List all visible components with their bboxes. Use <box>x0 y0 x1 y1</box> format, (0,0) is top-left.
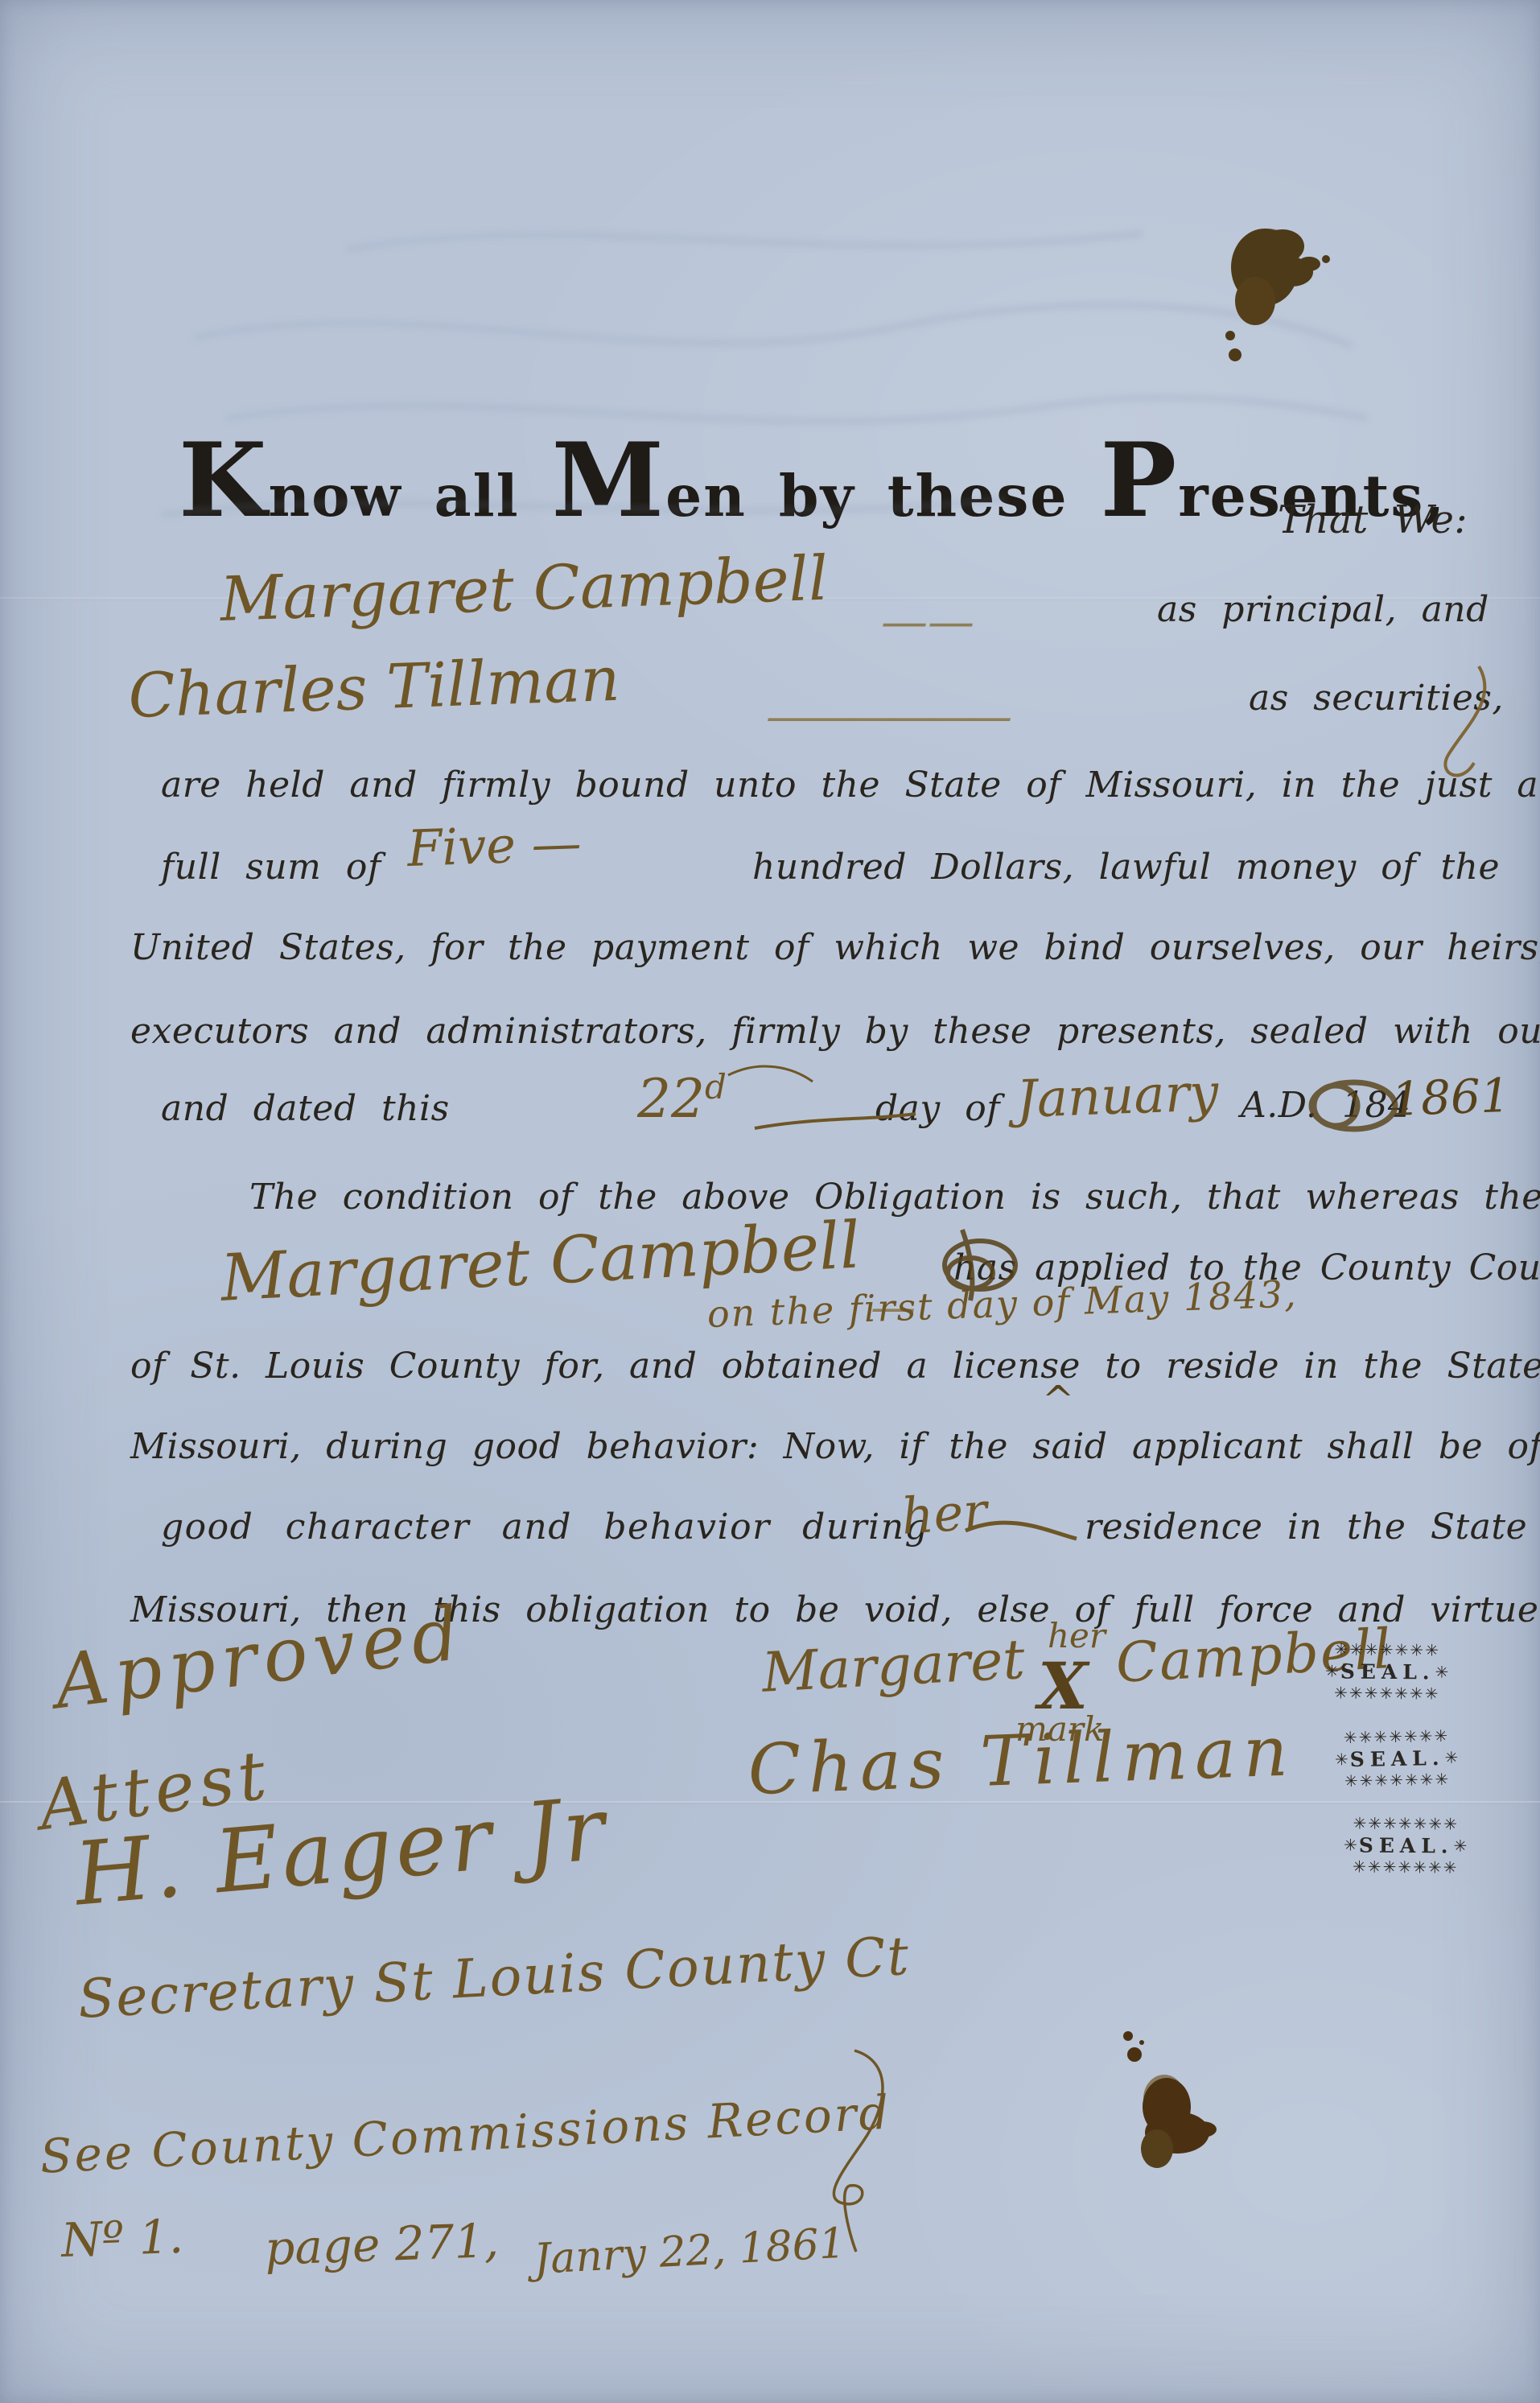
body-line-2-post: hundred Dollars, lawful money of the <box>752 847 1500 888</box>
condition-line-4: Missouri, during good behavior: Now, if … <box>130 1426 1540 1467</box>
day-number: 22 <box>637 1068 705 1130</box>
heading-initial-p: P <box>1101 441 1179 520</box>
condition-line-5-pre: good character and behavior during <box>161 1507 929 1548</box>
body-line-3: United States, for the payment of which … <box>130 927 1540 968</box>
security-name-handwritten: Charles Tillman <box>127 643 621 732</box>
ink-blot-bottom-right <box>1123 2031 1217 2168</box>
day-handwritten: 22d <box>637 1067 727 1130</box>
heading-word-these: these <box>887 462 1069 530</box>
dated-mid: day of <box>875 1088 1000 1129</box>
heading-word-rest: all <box>434 462 520 530</box>
seal-ornament-border: ✳✳✳✳✳✳✳ <box>1324 1684 1451 1702</box>
secretary-title: Secretary St Louis County Ct <box>76 1925 912 2030</box>
seal-stamp-2: ✳✳✳✳✳✳✳ ✳SEAL.✳ ✳✳✳✳✳✳✳ <box>1332 1728 1460 1791</box>
record-reference-line: See County Commissions Record <box>39 2085 892 2184</box>
record-page: page 271, <box>264 2213 500 2276</box>
day-suffix: d <box>705 1067 727 1107</box>
body-line-2-pre: full sum of <box>161 847 381 888</box>
seal-ornament-side: ✳ <box>1444 1750 1460 1766</box>
seal-middle: ✳SEAL.✳ <box>1324 1658 1451 1685</box>
amount-handwritten: Five — <box>406 813 583 878</box>
seal-ornament-side: ✳ <box>1435 1664 1450 1681</box>
security-role-label: as securities, <box>1249 678 1504 719</box>
ink-blot-top-right <box>1225 229 1330 361</box>
record-number: Nº 1. <box>60 2209 184 2268</box>
principal-role-label: as principal, and <box>1157 589 1489 630</box>
heading-word-rest: en <box>665 462 747 530</box>
month-handwritten: January <box>1015 1063 1220 1130</box>
record-date: Janry 22, 1861 <box>533 2220 846 2284</box>
year-handwritten: 1861 <box>1390 1068 1511 1127</box>
seal-label: SEAL. <box>1359 1833 1454 1857</box>
condition-line-1: The condition of the above Obligation is… <box>249 1177 1540 1218</box>
heading-initial-m: M <box>552 441 665 520</box>
seal-ornament-border: ✳✳✳✳✳✳✳ <box>1333 1771 1460 1791</box>
seal-stamp-3: ✳✳✳✳✳✳✳ ✳SEAL.✳ ✳✳✳✳✳✳✳ <box>1342 1815 1470 1876</box>
heading-initial-k: K <box>179 441 269 520</box>
heading-word-rest: these <box>887 462 1069 530</box>
heading-word-by: by <box>779 462 855 530</box>
printed-ad-184: A.D. 184 <box>1241 1085 1410 1126</box>
seal-label: SEAL. <box>1350 1746 1445 1771</box>
bond-document-page: Know all Men by these Presents, That We:… <box>0 0 1540 2403</box>
seal-ornament-side: ✳ <box>1325 1663 1340 1680</box>
seal-ornament-border: ✳✳✳✳✳✳✳ <box>1332 1728 1460 1747</box>
seal-ornament-side: ✳ <box>1344 1836 1359 1853</box>
seal-label: SEAL. <box>1340 1659 1435 1684</box>
seal-middle: ✳SEAL.✳ <box>1333 1745 1461 1774</box>
security-dash: —————— <box>766 690 1007 743</box>
seal-ornament-side: ✳ <box>1453 1838 1468 1855</box>
body-line-4: executors and administrators, firmly by … <box>130 1011 1540 1052</box>
heading-word-men: Men <box>552 441 747 530</box>
heading-word-rest: by <box>779 462 855 530</box>
document-heading: Know all Men by these Presents, <box>179 441 1446 530</box>
seal-ornament-side: ✳ <box>1335 1751 1350 1768</box>
dated-pre: and dated this <box>161 1088 450 1129</box>
body-line-1: are held and firmly bound unto the State… <box>161 765 1540 806</box>
seal-stamp-1: ✳✳✳✳✳✳✳ ✳SEAL.✳ ✳✳✳✳✳✳✳ <box>1324 1641 1451 1702</box>
insertion-caret: ^ <box>1042 1378 1074 1423</box>
signature-chas-tillman: Chas Tillman <box>747 1711 1296 1811</box>
pronoun-handwritten: her <box>900 1482 989 1546</box>
seal-ornament-border: ✳✳✳✳✳✳✳ <box>1342 1858 1469 1876</box>
condition-line-3: of St. Louis County for, and obtained a … <box>130 1346 1540 1387</box>
signature-margaret: Margaret <box>760 1628 1027 1705</box>
seal-ornament-border: ✳✳✳✳✳✳✳ <box>1324 1641 1451 1659</box>
seal-ornament-border: ✳✳✳✳✳✳✳ <box>1342 1815 1469 1832</box>
seal-middle: ✳SEAL.✳ <box>1342 1832 1469 1859</box>
principal-dash: —— <box>881 594 974 649</box>
heading-word-all: all <box>434 462 520 530</box>
condition-line-5-post: residence in the State of <box>1085 1507 1540 1548</box>
heading-that-we: That We: <box>1278 497 1468 542</box>
heading-word-rest: now <box>269 462 402 530</box>
heading-word-know: Know <box>179 441 402 530</box>
principal-name-handwritten: Margaret Campbell <box>219 542 829 635</box>
